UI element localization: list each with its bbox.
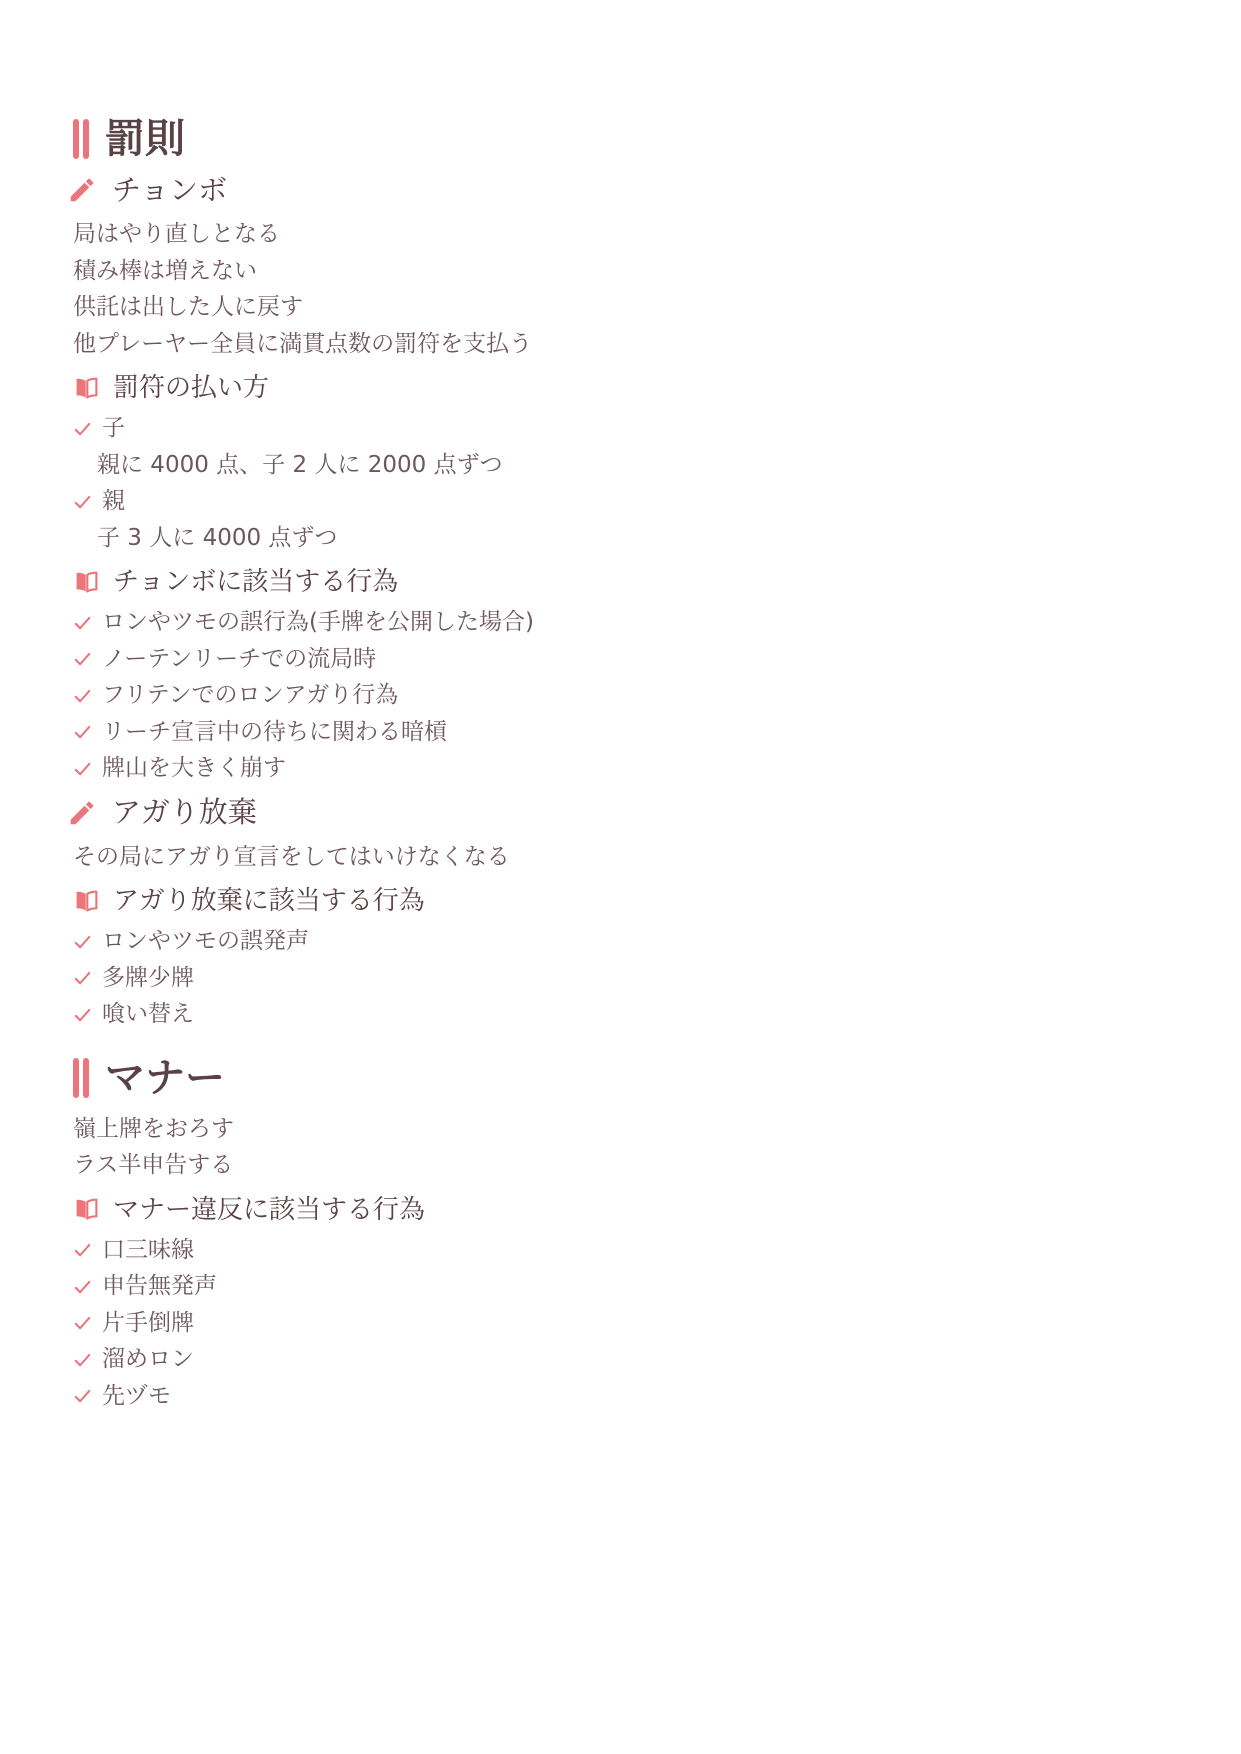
list-heading: マナー違反に該当する行為 [73, 1187, 1181, 1233]
section-title: マナー [105, 1058, 225, 1098]
check-icon [73, 1387, 92, 1406]
check-icon [73, 969, 92, 988]
section-title: 罰則 [105, 119, 185, 159]
checklist-item: 親 [73, 484, 1181, 521]
topic-title: アガり放棄 [112, 798, 257, 827]
open-book-icon [73, 569, 100, 596]
check-icon [73, 687, 92, 706]
checklist-sub-note: 親に 4000 点、子 2 人に 2000 点ずつ [73, 448, 1181, 485]
open-book-icon [73, 375, 100, 402]
list-heading-title: マナー違反に該当する行為 [113, 1197, 425, 1223]
check-icon [73, 1006, 92, 1025]
paragraph-text: 嶺上牌をおろす [73, 1116, 234, 1144]
checklist-item-label: フリテンでのロンアガり行為 [102, 682, 398, 710]
paragraph: ラス半申告する [73, 1148, 1181, 1185]
section-bars-icon [73, 119, 89, 159]
checklist-item-label: 片手倒牌 [102, 1310, 194, 1338]
checklist-item-label: リーチ宣言中の待ちに関わる暗槓 [102, 719, 447, 747]
checklist-item-label: 溜めロン [102, 1346, 194, 1374]
paragraph-text: その局にアガり宣言をしてはいけなくなる [73, 844, 510, 872]
checklist-item: ノーテンリーチでの流局時 [73, 642, 1181, 679]
checklist-item-label: 口三味線 [102, 1237, 194, 1265]
paragraph-text: 局はやり直しとなる [73, 221, 280, 249]
section-heading: 罰則 [73, 115, 1181, 163]
document-section: マナー嶺上牌をおろすラス半申告するマナー違反に該当する行為口三味線申告無発声片手… [73, 1054, 1181, 1416]
pen-icon [67, 798, 97, 828]
rule-document: 罰則チョンボ局はやり直しとなる積み棒は増えない供託は出した人に戻す他プレーヤー全… [0, 0, 1241, 1754]
checklist-item-label: 子 [102, 415, 125, 443]
section-bars-icon [73, 1058, 89, 1098]
checklist-item-label: 先ヅモ [102, 1383, 171, 1411]
check-icon [73, 1314, 92, 1333]
checklist-item: ロンやツモの誤行為(手牌を公開した場合) [73, 605, 1181, 642]
paragraph: 嶺上牌をおろす [73, 1112, 1181, 1149]
pen-icon [67, 175, 97, 205]
checklist-item-label: ロンやツモの誤行為(手牌を公開した場合) [102, 609, 534, 637]
list-heading: アガり放棄に該当する行為 [73, 878, 1181, 924]
paragraph: その局にアガり宣言をしてはいけなくなる [73, 840, 1181, 877]
checklist-item: ロンやツモの誤発声 [73, 924, 1181, 961]
list-heading-title: アガり放棄に該当する行為 [113, 888, 425, 914]
checklist-item-label: 親 [102, 488, 125, 516]
check-icon [73, 760, 92, 779]
section-heading: マナー [73, 1054, 1181, 1102]
paragraph-text: 他プレーヤー全員に満貫点数の罰符を支払う [73, 331, 532, 359]
checklist-item: 口三味線 [73, 1233, 1181, 1270]
checklist-item: 片手倒牌 [73, 1306, 1181, 1343]
checklist-sub-note-text: 親に 4000 点、子 2 人に 2000 点ずつ [97, 452, 503, 480]
check-icon [73, 420, 92, 439]
paragraph: 他プレーヤー全員に満貫点数の罰符を支払う [73, 327, 1181, 364]
list-heading: チョンボに該当する行為 [73, 559, 1181, 605]
paragraph-text: ラス半申告する [73, 1152, 233, 1180]
checklist-item: 喰い替え [73, 997, 1181, 1034]
checklist-item: 子 [73, 411, 1181, 448]
checklist-item-label: 牌山を大きく崩す [102, 755, 286, 783]
list-heading-title: チョンボに該当する行為 [113, 569, 398, 595]
open-book-icon [73, 888, 100, 915]
check-icon [73, 723, 92, 742]
topic-heading: アガり放棄 [73, 796, 1181, 830]
list-heading-title: 罰符の払い方 [113, 375, 269, 401]
paragraph: 積み棒は増えない [73, 254, 1181, 291]
document-section: 罰則チョンボ局はやり直しとなる積み棒は増えない供託は出した人に戻す他プレーヤー全… [73, 115, 1181, 1034]
check-icon [73, 493, 92, 512]
list-heading: 罰符の払い方 [73, 365, 1181, 411]
paragraph: 局はやり直しとなる [73, 217, 1181, 254]
check-icon [73, 1278, 92, 1297]
checklist-item: リーチ宣言中の待ちに関わる暗槓 [73, 715, 1181, 752]
checklist-item: 多牌少牌 [73, 961, 1181, 998]
checklist-item-label: ノーテンリーチでの流局時 [102, 646, 376, 674]
checklist-sub-note-text: 子 3 人に 4000 点ずつ [97, 525, 337, 553]
check-icon [73, 1351, 92, 1370]
checklist-item: 先ヅモ [73, 1379, 1181, 1416]
checklist-item-label: 喰い替え [102, 1001, 194, 1029]
checklist-item: 溜めロン [73, 1342, 1181, 1379]
paragraph-text: 積み棒は増えない [73, 258, 257, 286]
checklist-item-label: ロンやツモの誤発声 [102, 928, 309, 956]
checklist-item-label: 多牌少牌 [102, 965, 194, 993]
paragraph: 供託は出した人に戻す [73, 290, 1181, 327]
topic-title: チョンボ [112, 176, 227, 205]
checklist-item: フリテンでのロンアガり行為 [73, 678, 1181, 715]
check-icon [73, 614, 92, 633]
check-icon [73, 1241, 92, 1260]
check-icon [73, 650, 92, 669]
checklist-sub-note: 子 3 人に 4000 点ずつ [73, 521, 1181, 558]
checklist-item-label: 申告無発声 [102, 1273, 217, 1301]
check-icon [73, 933, 92, 952]
checklist-item: 申告無発声 [73, 1269, 1181, 1306]
open-book-icon [73, 1196, 100, 1223]
checklist-item: 牌山を大きく崩す [73, 751, 1181, 788]
paragraph-text: 供託は出した人に戻す [73, 294, 303, 322]
topic-heading: チョンボ [73, 173, 1181, 207]
